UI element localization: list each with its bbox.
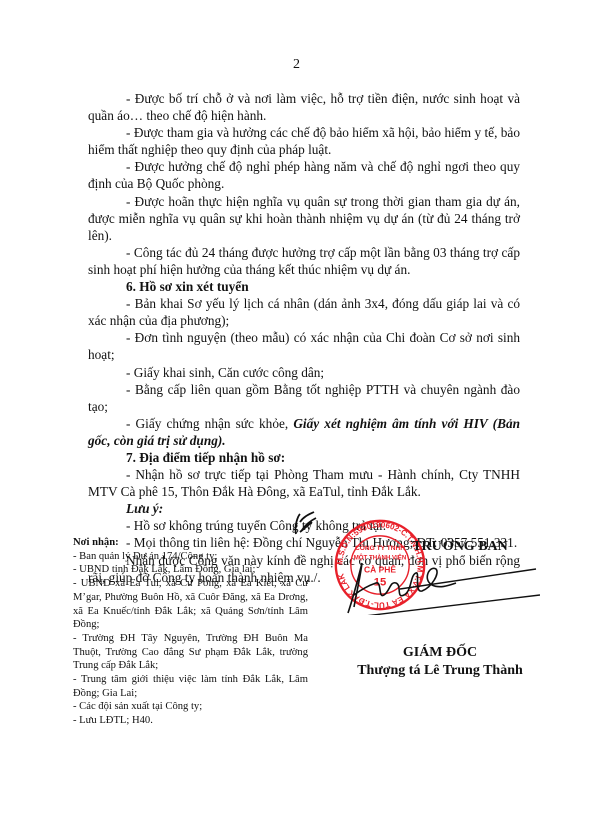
initials-signature-icon bbox=[290, 508, 320, 538]
benefit-military: - Được hoãn thực hiện nghĩa vụ quân sự t… bbox=[88, 193, 520, 244]
recipient-item: - UBND tỉnh Đắk Lắk, Lâm Đồng, Gia lai; bbox=[73, 563, 308, 577]
recipient-item: - Các đội sản xuất tại Công ty; bbox=[73, 700, 308, 714]
section7-heading: 7. Địa điểm tiếp nhận hồ sơ: bbox=[88, 449, 520, 466]
section6-item: - Đơn tình nguyện (theo mẫu) có xác nhận… bbox=[88, 329, 520, 363]
recipients-block: Nơi nhận: - Ban quản lý Dự án 174/Công t… bbox=[73, 536, 308, 728]
recipient-item: - UBND xã Ea Tul, xã Cư Pơng, xã Ea Kiết… bbox=[73, 577, 308, 632]
signer-position: GIÁM ĐỐC bbox=[340, 645, 540, 661]
section6-health-item: - Giấy chứng nhận sức khỏe, Giấy xét ngh… bbox=[88, 415, 520, 449]
section7-item: - Nhận hồ sơ trực tiếp tại Phòng Tham mư… bbox=[88, 466, 520, 500]
recipient-item: - Trung tâm giới thiệu việc làm tỉnh Đắk… bbox=[73, 673, 308, 700]
benefit-leave: - Được hưởng chế độ nghỉ phép hàng năm v… bbox=[88, 158, 520, 192]
recipient-item: - Ban quản lý Dự án 174/Công ty; bbox=[73, 550, 308, 564]
section6-item: - Bằng cấp liên quan gồm Bằng tốt nghiệp… bbox=[88, 381, 520, 415]
page-number: 2 bbox=[0, 57, 593, 73]
recipient-item: - Lưu LĐTL; H40. bbox=[73, 714, 308, 728]
section6-item: - Bản khai Sơ yếu lý lịch cá nhân (dán ả… bbox=[88, 295, 520, 329]
signer-role: TRƯỞNG BAN bbox=[390, 539, 530, 555]
benefit-insurance: - Được tham gia và hưởng các chế độ bảo … bbox=[88, 124, 520, 158]
section6-heading: 6. Hồ sơ xin xét tuyển bbox=[88, 278, 520, 295]
signer-name: Thượng tá Lê Trung Thành bbox=[340, 663, 540, 679]
benefit-housing: - Được bố trí chỗ ở và nơi làm việc, hỗ … bbox=[88, 90, 520, 124]
section6-item: - Giấy khai sinh, Căn cước công dân; bbox=[88, 364, 520, 381]
recipient-item: - Trường ĐH Tây Nguyên, Trường ĐH Buôn M… bbox=[73, 632, 308, 673]
benefit-allowance: - Công tác đủ 24 tháng được hưởng trợ cấ… bbox=[88, 244, 520, 278]
health-item-prefix: - Giấy chứng nhận sức khỏe, bbox=[126, 416, 293, 431]
recipients-title: Nơi nhận: bbox=[73, 536, 308, 550]
handwritten-signature-icon bbox=[340, 555, 540, 615]
